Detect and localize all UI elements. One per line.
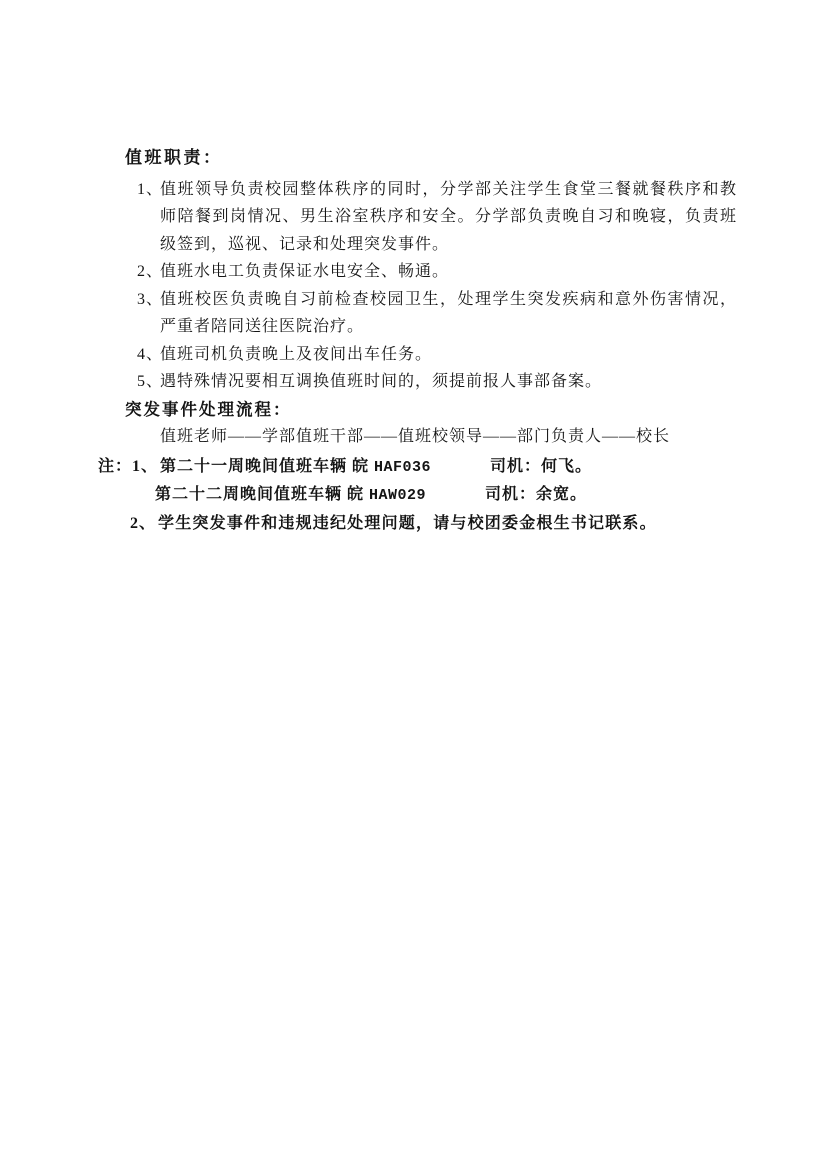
- notes-section: 注： 1、 第二十一周晚间值班车辆 皖 HAF036 司机：何飞。 第二十二周晚…: [98, 453, 765, 538]
- item-text: 值班校医负责晚自习前检查校园卫生，处理学生突发疾病和意外伤害情况，严重者陪同送往…: [160, 286, 737, 341]
- item-number: 1、: [137, 176, 160, 204]
- item-number: 5、: [137, 368, 160, 396]
- plate-number: HAF036: [374, 459, 431, 476]
- vehicle-label: 第二十二周晚间值班车辆 皖: [155, 486, 369, 503]
- vehicle-label: 第二十一周晚间值班车辆 皖: [160, 458, 374, 475]
- duty-item: 3、 值班校医负责晚自习前检查校园卫生，处理学生突发疾病和意外伤害情况，严重者陪…: [125, 286, 765, 341]
- document-body: 值班职责： 1、 值班领导负责校园整体秩序的同时，分学部关注学生食堂三餐就餐秩序…: [125, 144, 765, 537]
- note2-text: 学生突发事件和违规违纪处理问题，请与校团委金根生书记联系。: [158, 510, 657, 538]
- duty-item: 2、 值班水电工负责保证水电安全、畅通。: [125, 258, 765, 286]
- item-number: 3、: [137, 286, 160, 314]
- item-text: 值班领导负责校园整体秩序的同时，分学部关注学生食堂三餐就餐秩序和教师陪餐到岗情况…: [160, 176, 737, 259]
- duty-list: 1、 值班领导负责校园整体秩序的同时，分学部关注学生食堂三餐就餐秩序和教师陪餐到…: [125, 176, 765, 396]
- driver-text: 司机：余宽。: [485, 481, 587, 509]
- driver-text: 司机：何飞。: [490, 453, 592, 481]
- doc-title: 值班职责：: [125, 144, 765, 172]
- note-vehicle-row: 第二十二周晚间值班车辆 皖 HAW029 司机：余宽。: [98, 481, 765, 510]
- duty-item: 5、 遇特殊情况要相互调换值班时间的，须提前报人事部备案。: [125, 368, 765, 396]
- flow-chain: 值班老师——学部值班干部——值班校领导——部门负责人——校长: [160, 423, 765, 451]
- duty-item: 1、 值班领导负责校园整体秩序的同时，分学部关注学生食堂三餐就餐秩序和教师陪餐到…: [125, 176, 765, 259]
- note-row: 2、 学生突发事件和违规违纪处理问题，请与校团委金根生书记联系。: [98, 510, 765, 538]
- document-page: 值班职责： 1、 值班领导负责校园整体秩序的同时，分学部关注学生食堂三餐就餐秩序…: [0, 0, 827, 1169]
- item-text: 遇特殊情况要相互调换值班时间的，须提前报人事部备案。: [160, 368, 737, 396]
- item-number: 2、: [137, 258, 160, 286]
- vehicle-text: 第二十一周晚间值班车辆 皖 HAF036: [160, 453, 490, 482]
- note-number: 2、: [130, 510, 158, 538]
- flow-heading: 突发事件处理流程：: [125, 396, 765, 424]
- item-text: 值班水电工负责保证水电安全、畅通。: [160, 258, 737, 286]
- vehicle-text: 第二十二周晚间值班车辆 皖 HAW029: [155, 481, 485, 510]
- plate-number: HAW029: [369, 487, 426, 504]
- note-label: 注：: [98, 453, 132, 481]
- note-vehicle-row: 注： 1、 第二十一周晚间值班车辆 皖 HAF036 司机：何飞。: [98, 453, 765, 482]
- duty-item: 4、 值班司机负责晚上及夜间出车任务。: [125, 341, 765, 369]
- note-number: 1、: [132, 453, 160, 481]
- item-number: 4、: [137, 341, 160, 369]
- item-text: 值班司机负责晚上及夜间出车任务。: [160, 341, 737, 369]
